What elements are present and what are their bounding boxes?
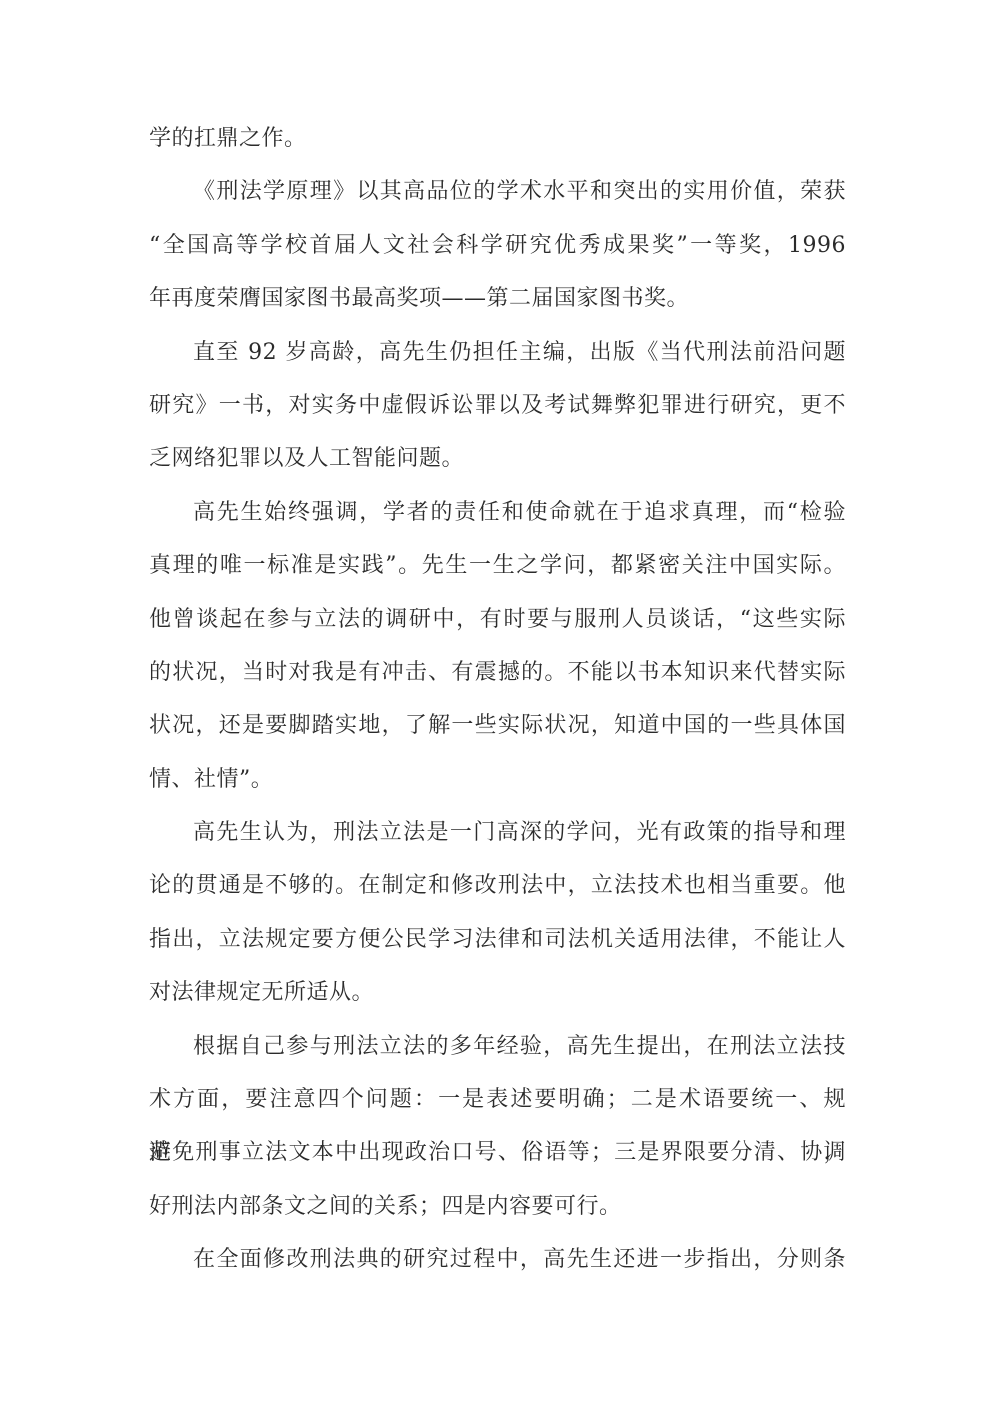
text-line: 状况，还是要脚踏实地，了解一些实际状况，知道中国的一些具体国: [149, 699, 846, 752]
text-line: 真理的唯一标准是实践”。先生一生之学问，都紧密关注中国实际。: [149, 539, 846, 592]
text-line: 高先生始终强调，学者的责任和使命就在于追求真理，而“检验: [149, 486, 846, 539]
text-line: 好刑法内部条文之间的关系；四是内容要可行。: [149, 1180, 846, 1233]
text-line: 研究》一书，对实务中虚假诉讼罪以及考试舞弊犯罪进行研究，更不: [149, 379, 846, 432]
text-line: 他曾谈起在参与立法的调研中，有时要与服刑人员谈话，“这些实际: [149, 593, 846, 646]
text-line: 学的扛鼎之作。: [149, 112, 846, 165]
text-line: 术方面，要注意四个问题：一是表述要明确；二是术语要统一、规范，: [149, 1073, 846, 1126]
text-line: 高先生认为，刑法立法是一门高深的学问，光有政策的指导和理: [149, 806, 846, 859]
text-line: 乏网络犯罪以及人工智能问题。: [149, 432, 846, 485]
text-line: 对法律规定无所适从。: [149, 966, 846, 1019]
text-line: 避免刑事立法文本中出现政治口号、俗语等；三是界限要分清、协调: [149, 1126, 846, 1179]
text-line: 在全面修改刑法典的研究过程中，高先生还进一步指出，分则条: [149, 1233, 846, 1286]
text-line: 的状况，当时对我是有冲击、有震撼的。不能以书本知识来代替实际: [149, 646, 846, 699]
document-body: 学的扛鼎之作。《刑法学原理》以其高品位的学术水平和突出的实用价值，荣获“全国高等…: [149, 112, 846, 1287]
document-page: 学的扛鼎之作。《刑法学原理》以其高品位的学术水平和突出的实用价值，荣获“全国高等…: [0, 0, 992, 1403]
text-line: 直至 92 岁高龄，高先生仍担任主编，出版《当代刑法前沿问题: [149, 326, 846, 379]
text-line: 论的贯通是不够的。在制定和修改刑法中，立法技术也相当重要。他: [149, 859, 846, 912]
text-line: 情、社情”。: [149, 753, 846, 806]
text-line: 年再度荣膺国家图书最高奖项——第二届国家图书奖。: [149, 272, 846, 325]
text-line: “全国高等学校首届人文社会科学研究优秀成果奖”一等奖，1996: [149, 219, 846, 272]
text-line: 根据自己参与刑法立法的多年经验，高先生提出，在刑法立法技: [149, 1020, 846, 1073]
text-line: 《刑法学原理》以其高品位的学术水平和突出的实用价值，荣获: [149, 165, 846, 218]
text-line: 指出，立法规定要方便公民学习法律和司法机关适用法律，不能让人: [149, 913, 846, 966]
